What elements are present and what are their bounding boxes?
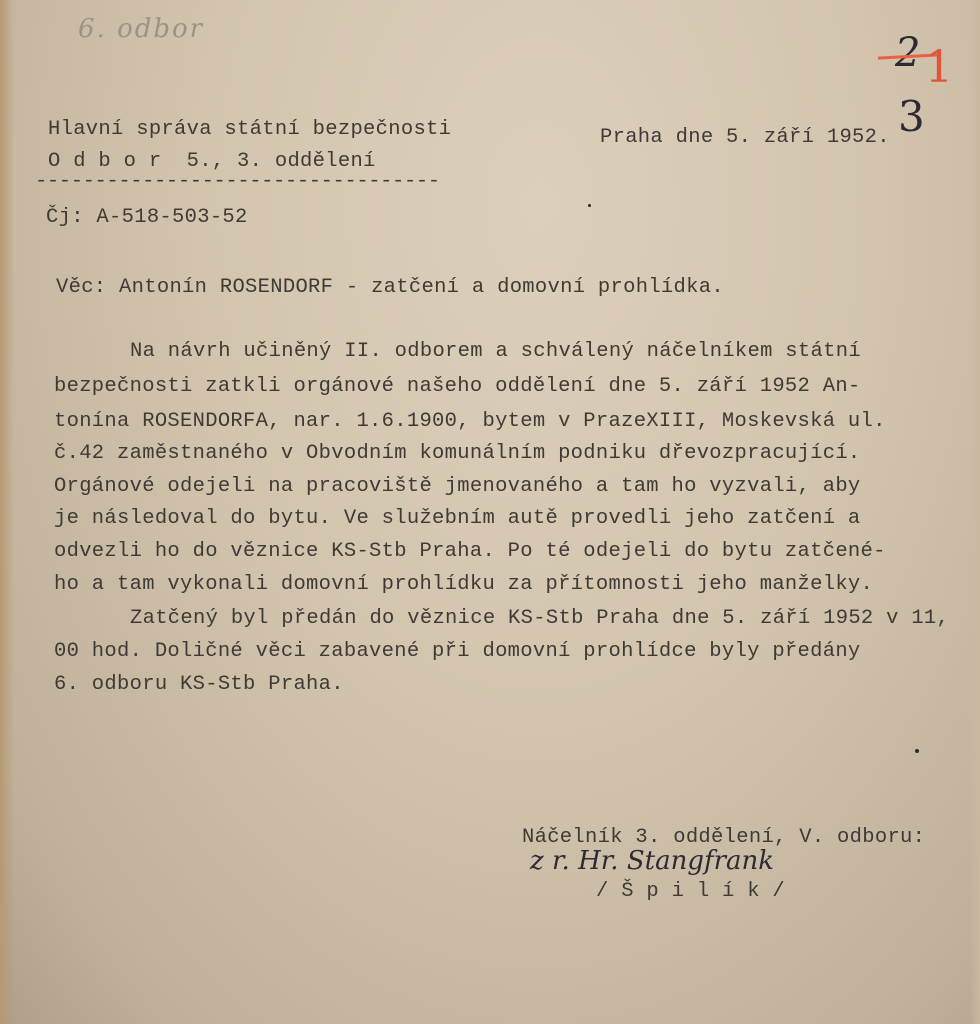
page-number-struck: 2	[895, 30, 920, 76]
document-page: 6. odbor 2 1 3 Hlavní správa státní bezp…	[0, 0, 980, 1024]
handwritten-signature: z r. Hr. Stangfrank	[530, 846, 774, 876]
body-line: je následoval do bytu. Ve služebním autě…	[54, 507, 861, 530]
subject-text: Antonín ROSENDORF - zatčení a domovní pr…	[119, 276, 724, 299]
body-line: Orgánové odejeli na pracoviště jmenované…	[54, 475, 861, 498]
ink-speck	[588, 204, 591, 207]
body-line: odvezli ho do věznice KS-Stb Praha. Po t…	[54, 540, 886, 563]
body-line: ho a tam vykonali domovní prohlídku za p…	[54, 573, 873, 596]
signatory-name: / Š p i l í k /	[596, 880, 785, 903]
reference-number: Čj: A-518-503-52	[46, 206, 248, 229]
org-line-1: Hlavní správa státní bezpečnosti	[48, 118, 451, 141]
pencil-note: 6. odbor	[78, 14, 204, 44]
body-line: bezpečnosti zatkli orgánové našeho odděl…	[54, 375, 861, 398]
body-line: tonína ROSENDORFA, nar. 1.6.1900, bytem …	[54, 410, 886, 433]
body-line: 00 hod. Doličné věci zabavené při domovn…	[54, 640, 861, 663]
body-line: 6. odboru KS-Stb Praha.	[54, 673, 344, 696]
body-line: č.42 zaměstnaného v Obvodním komunálním …	[54, 442, 861, 465]
ink-speck	[915, 749, 919, 753]
subject-line: Věc: Antonín ROSENDORF - zatčení a domov…	[56, 276, 724, 299]
body-line: Zatčený byl předán do věznice KS-Stb Pra…	[130, 607, 949, 630]
subject-label: Věc:	[56, 276, 106, 299]
page-number-current: 3	[898, 92, 925, 141]
place-date: Praha dne 5. září 1952.	[600, 126, 890, 149]
separator: ----------------------------------	[35, 170, 440, 193]
page-number-red: 1	[925, 42, 953, 93]
body-line: Na návrh učiněný II. odborem a schválený…	[130, 340, 861, 363]
